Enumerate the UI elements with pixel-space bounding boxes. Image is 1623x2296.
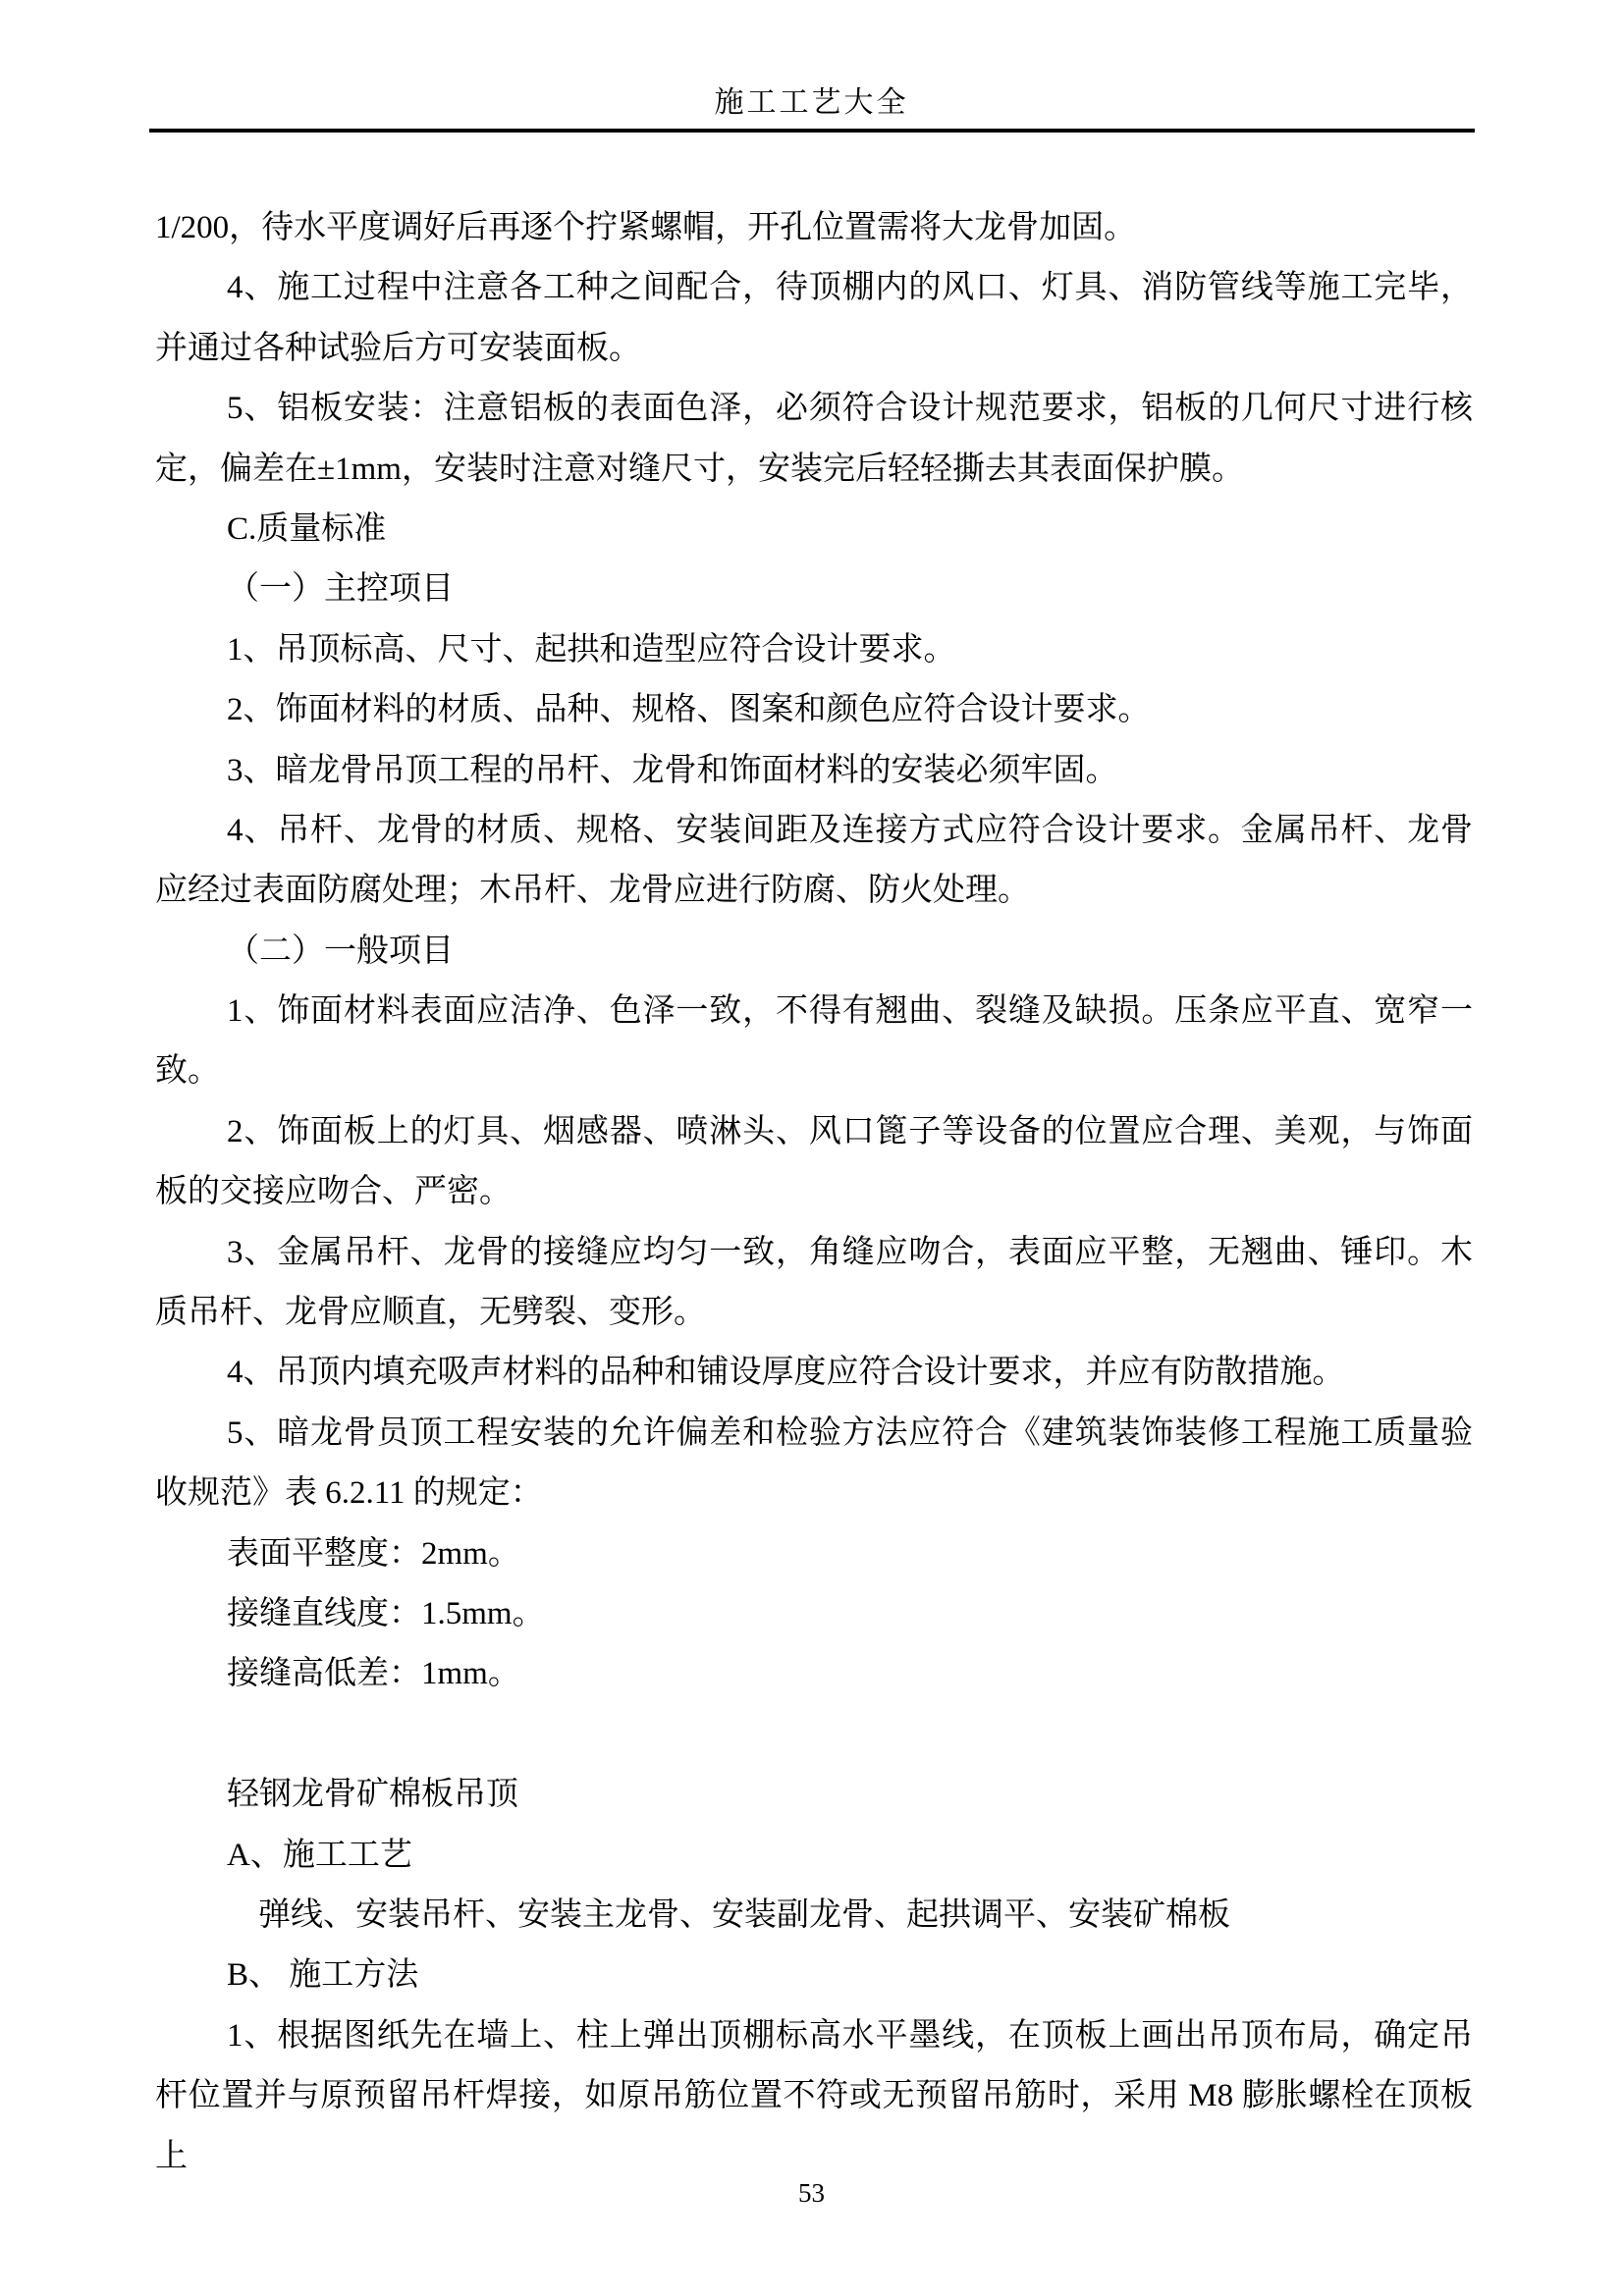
text-line: 质吊杆、龙骨应顺直，无劈裂、变形。: [155, 1283, 1473, 1343]
text-line: 收规范》表 6.2.11 的规定：: [155, 1464, 1473, 1523]
text-line: 4、吊杆、龙骨的材质、规格、安装间距及连接方式应符合设计要求。金属吊杆、龙骨: [155, 801, 1473, 861]
text-line: 1、吊顶标高、尺寸、起拱和造型应符合设计要求。: [155, 620, 1473, 680]
text-line: A、施工工艺: [155, 1826, 1473, 1886]
text-line: B、 施工方法: [155, 1946, 1473, 2005]
document-page: 施工工艺大全 1/200，待水平度调好后再逐个拧紧螺帽，开孔位置需将大龙骨加固。…: [0, 0, 1623, 2296]
text-line: （一）主控项目: [155, 560, 1473, 619]
text-line: 定，偏差在±1mm，安装时注意对缝尺寸，安装完后轻轻撕去其表面保护膜。: [155, 440, 1473, 500]
text-line: 板的交接应吻合、严密。: [155, 1162, 1473, 1222]
text-line: 2、饰面材料的材质、品种、规格、图案和颜色应符合设计要求。: [155, 680, 1473, 740]
text-line: 杆位置并与原预留吊杆焊接，如原吊筋位置不符或无预留吊筋时，采用 M8 膨胀螺栓在…: [155, 2066, 1473, 2126]
text-line: 1、根据图纸先在墙上、柱上弹出顶棚标高水平墨线，在顶板上画出吊顶布局，确定吊: [155, 2006, 1473, 2066]
text-line: C.质量标准: [155, 500, 1473, 560]
header-divider-rule: [149, 129, 1475, 133]
text-line: 1/200，待水平度调好后再逐个拧紧螺帽，开孔位置需将大龙骨加固。: [155, 198, 1473, 258]
text-line: 5、暗龙骨员顶工程安装的允许偏差和检验方法应符合《建筑装饰装修工程施工质量验: [155, 1404, 1473, 1464]
document-body: 1/200，待水平度调好后再逐个拧紧螺帽，开孔位置需将大龙骨加固。 4、施工过程…: [155, 198, 1473, 2127]
text-line: 4、施工过程中注意各工种之间配合，待顶棚内的风口、灯具、消防管线等施工完毕，: [155, 258, 1473, 318]
text-line: 接缝高低差：1mm。: [155, 1644, 1473, 1704]
text-line: 表面平整度：2mm。: [155, 1524, 1473, 1584]
text-line: 1、饰面材料表面应洁净、色泽一致，不得有翘曲、裂缝及缺损。压条应平直、宽窄一: [155, 982, 1473, 1041]
text-line: （二）一般项目: [155, 922, 1473, 982]
blank-line: [155, 1705, 1473, 1765]
text-line: 并通过各种试验后方可安装面板。: [155, 319, 1473, 379]
text-line: 4、吊顶内填充吸声材料的品种和铺设厚度应符合设计要求，并应有防散措施。: [155, 1343, 1473, 1403]
page-header-title: 施工工艺大全: [0, 84, 1623, 122]
page-number: 53: [0, 2177, 1623, 2209]
text-line: 2、饰面板上的灯具、烟感器、喷淋头、风口篦子等设备的位置应合理、美观，与饰面: [155, 1102, 1473, 1162]
text-line: 轻钢龙骨矿棉板吊顶: [155, 1765, 1473, 1825]
text-line: 弹线、安装吊杆、安装主龙骨、安装副龙骨、起拱调平、安装矿棉板: [155, 1886, 1473, 1946]
text-line: 5、铝板安装：注意铝板的表面色泽，必须符合设计规范要求，铝板的几何尺寸进行核: [155, 379, 1473, 439]
text-line: 应经过表面防腐处理；木吊杆、龙骨应进行防腐、防火处理。: [155, 861, 1473, 921]
text-line: 接缝直线度：1.5mm。: [155, 1584, 1473, 1644]
text-line: 3、金属吊杆、龙骨的接缝应均匀一致，角缝应吻合，表面应平整，无翘曲、锤印。木: [155, 1223, 1473, 1283]
text-line: 致。: [155, 1041, 1473, 1101]
text-line: 3、暗龙骨吊顶工程的吊杆、龙骨和饰面材料的安装必须牢固。: [155, 741, 1473, 801]
